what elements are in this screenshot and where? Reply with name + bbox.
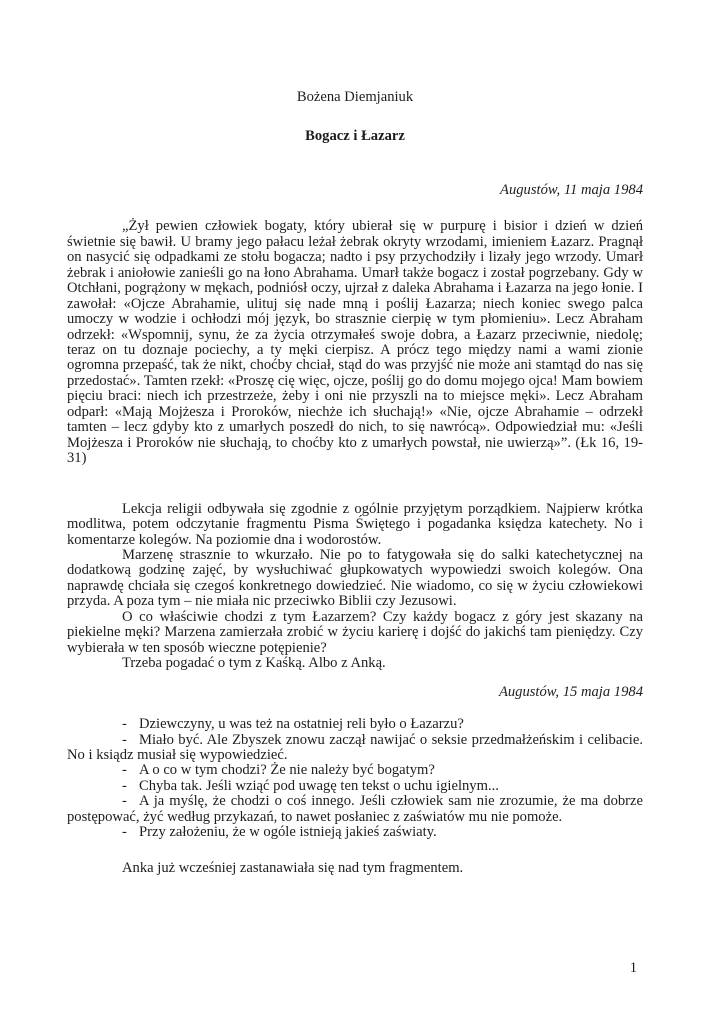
dialogue-text: Dziewczyny, u was też na ostatniej reli … [139,716,464,732]
dialogue-line: -Miało być. Ale Zbyszek znowu zaczął naw… [67,733,643,764]
dialogue-text: Przy założeniu, że w ogóle istnieją jaki… [139,824,437,840]
dialogue-line: -Dziewczyny, u was też na ostatniej reli… [67,717,643,732]
dialogue-text: A ja myślę, że chodzi o coś innego. Jeśl… [67,793,643,824]
dialogue-line: -Chyba tak. Jeśli wziąć pod uwagę ten te… [67,779,643,794]
dialogue-text: Miało być. Ale Zbyszek znowu zaczął nawi… [67,732,643,763]
dialogue-dash: - [122,779,139,794]
dialogue-line: -A o co w tym chodzi? Że nie należy być … [67,763,643,778]
document-title: Bogacz i Łazarz [67,129,643,144]
dialogue-dash: - [122,825,139,840]
paragraph-o-co-chodzi: O co właściwie chodzi z tym Łazarzem? Cz… [67,610,643,656]
dialogue-text: Chyba tak. Jeśli wziąć pod uwagę ten tek… [139,778,499,794]
paragraph-marzene-wkurzalo: Marzenę strasznie to wkurzało. Nie po to… [67,548,643,610]
paragraph-trzeba-pogadac: Trzeba pogadać o tym z Kaśką. Albo z Ank… [67,656,643,671]
dialogue-dash: - [122,717,139,732]
page-number: 1 [630,961,637,976]
document-page: Bożena Diemjaniuk Bogacz i Łazarz August… [0,0,724,1024]
dialogue-dash: - [122,733,139,748]
dialogue-line: -Przy założeniu, że w ogóle istnieją jak… [67,825,643,840]
paragraph-lekcja-religii: Lekcja religii odbywała się zgodnie z og… [67,502,643,548]
dialogue-text: A o co w tym chodzi? Że nie należy być b… [139,762,435,778]
dialogue-line: -A ja myślę, że chodzi o coś innego. Jeś… [67,794,643,825]
dialogue-dash: - [122,763,139,778]
author-name: Bożena Diemjaniuk [67,90,643,105]
dialogue-block: -Dziewczyny, u was też na ostatniej reli… [67,717,643,841]
entry-date-1: Augustów, 11 maja 1984 [67,183,643,198]
paragraph-anka-closing: Anka już wcześniej zastanawiała się nad … [67,861,643,876]
dialogue-dash: - [122,794,139,809]
bible-quote-paragraph: „Żył pewien człowiek bogaty, który ubier… [67,219,643,466]
entry-date-2: Augustów, 15 maja 1984 [67,685,643,700]
